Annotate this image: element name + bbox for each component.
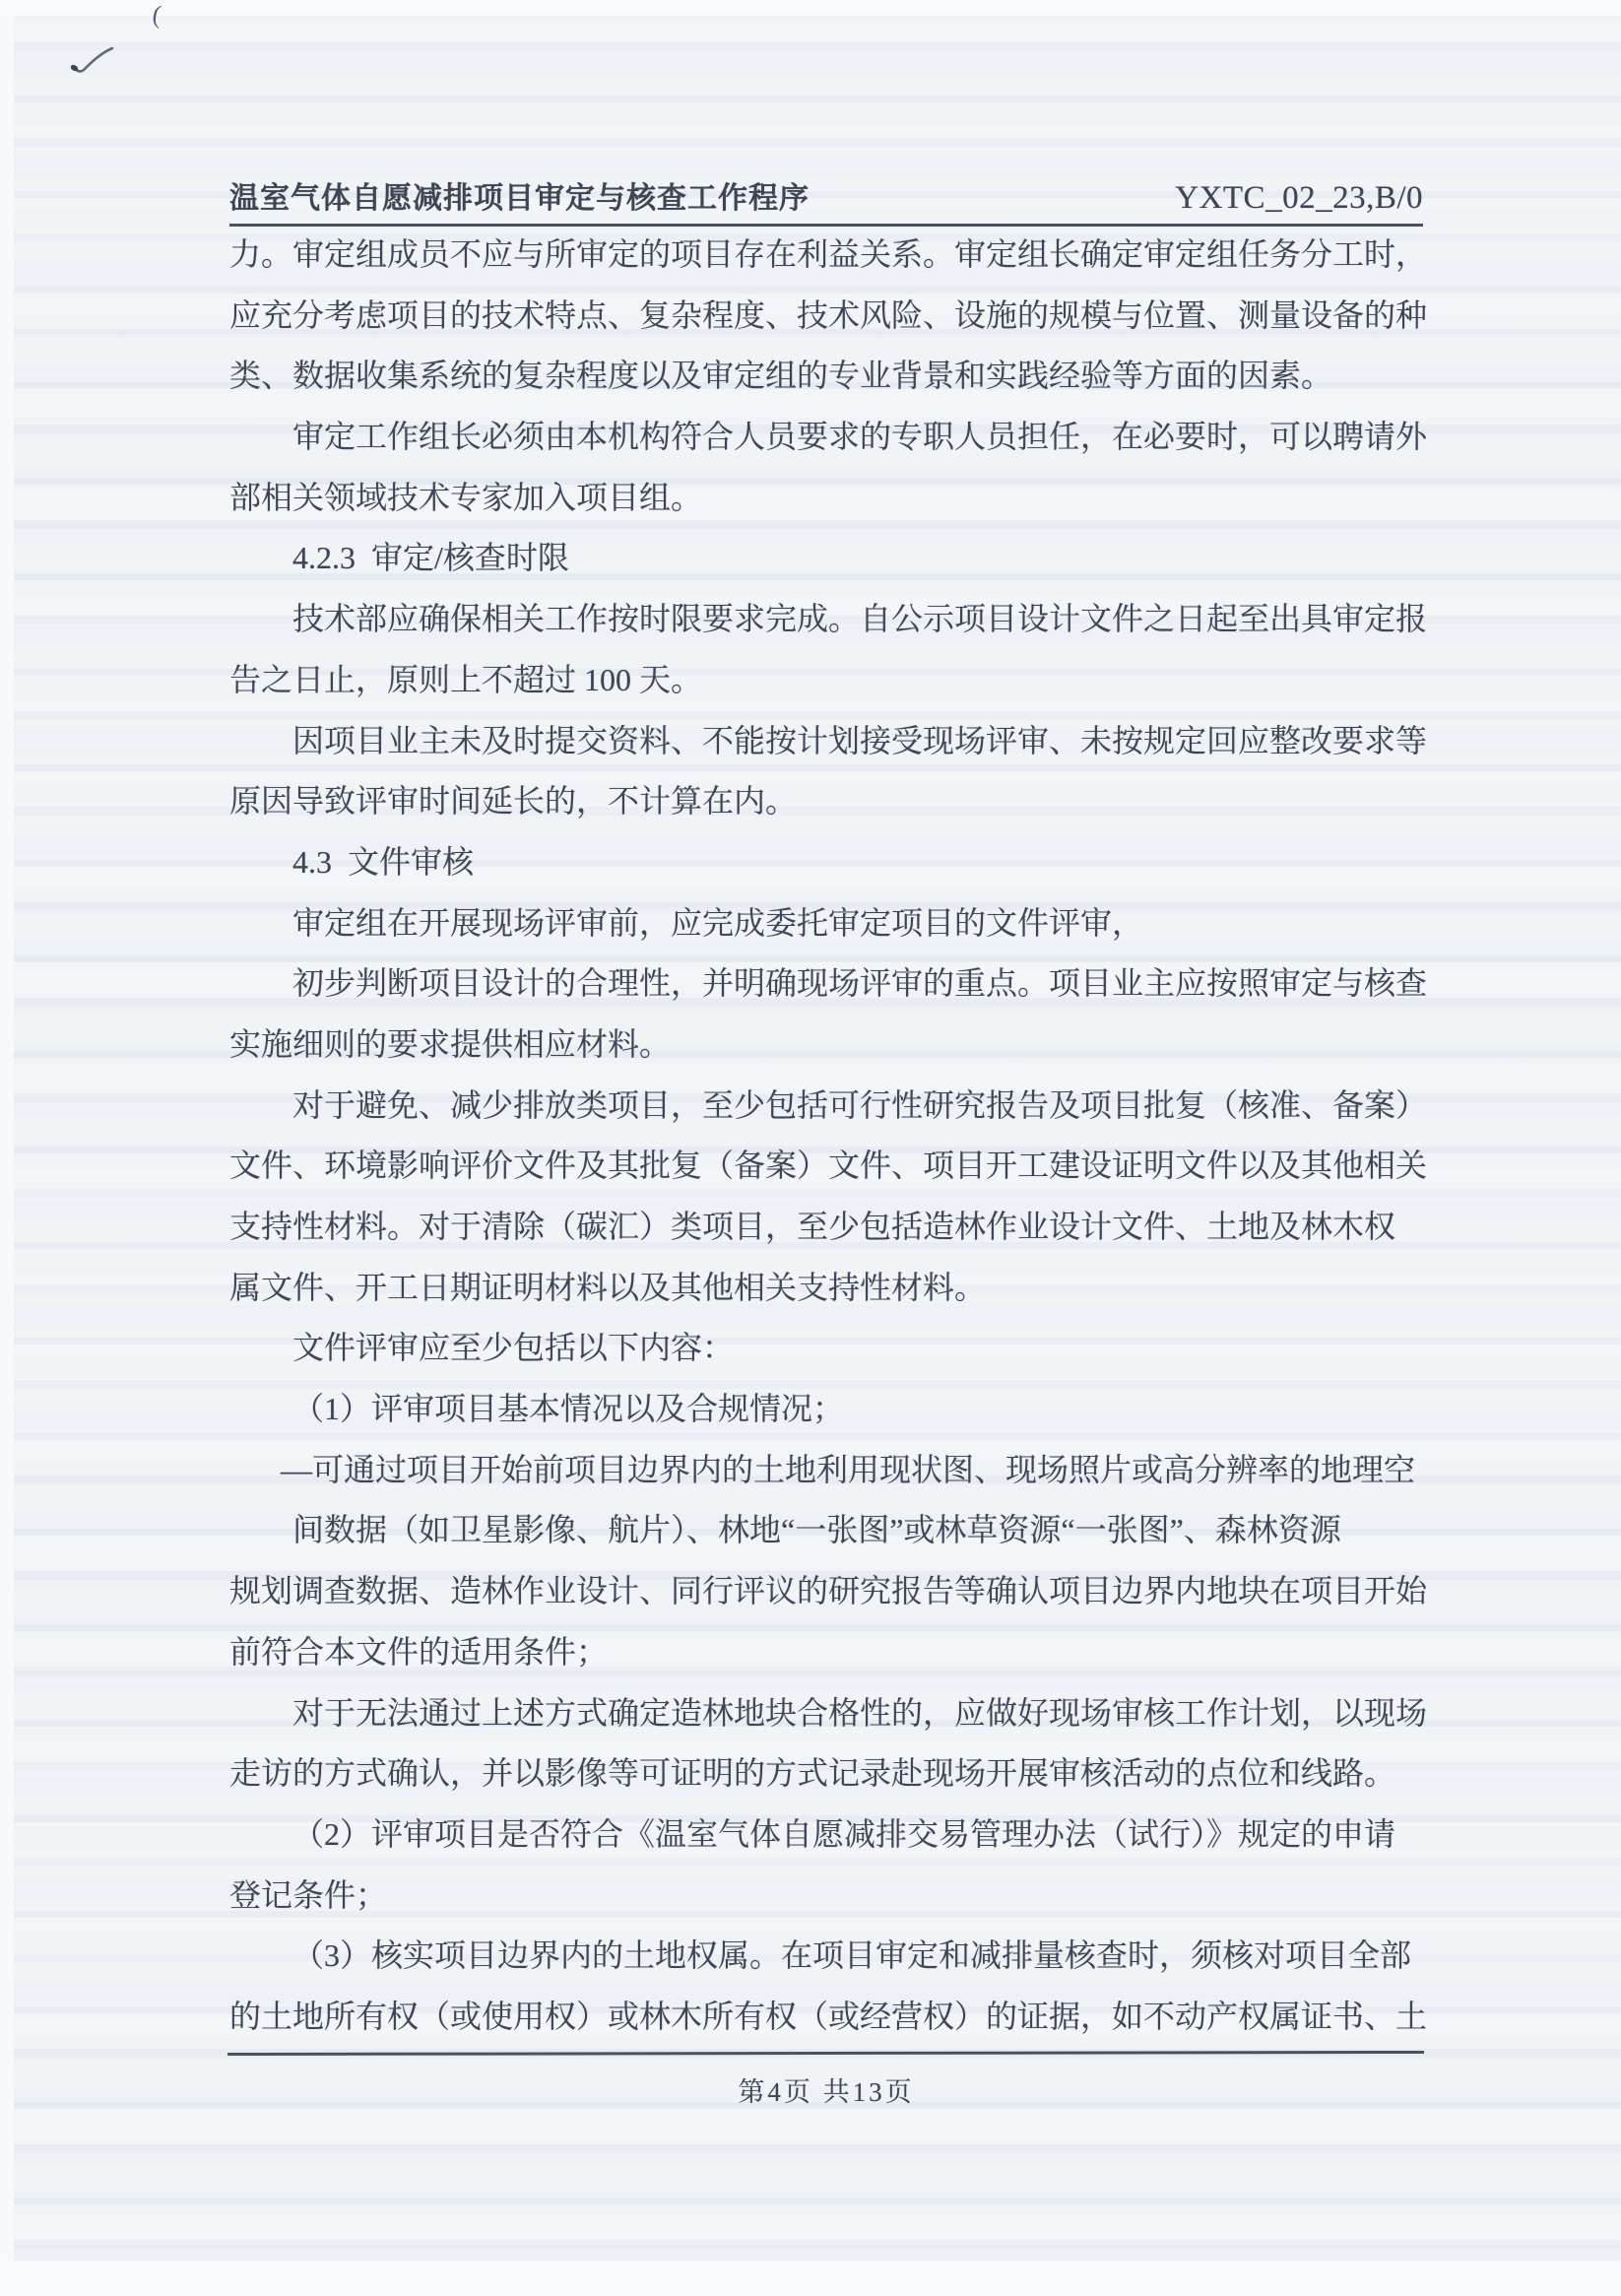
text-line: 告之日止，原则上不超过 100 天。: [229, 650, 1427, 711]
document-body: 力。审定组成员不应与所审定的项目存在利益关系。审定组长确定审定组任务分工时，应充…: [229, 225, 1427, 2048]
text-line: 对于避免、减少排放类项目，至少包括可行性研究报告及项目批复（核准、备案）: [229, 1076, 1427, 1137]
text-line: 支持性材料。对于清除（碳汇）类项目，至少包括造林作业设计文件、土地及林木权: [229, 1197, 1427, 1258]
text-line: 文件评审应至少包括以下内容：: [229, 1318, 1427, 1379]
footer-divider: [227, 2051, 1424, 2056]
page-footer: 第4页 共13页: [229, 2070, 1423, 2109]
text-line: 力。审定组成员不应与所审定的项目存在利益关系。审定组长确定审定组任务分工时，: [229, 225, 1427, 286]
pen-checkmark: [69, 45, 116, 83]
text-line: 审定工作组长必须由本机构符合人员要求的专职人员担任，在必要时，可以聘请外: [229, 407, 1427, 468]
text-line: 类、数据收集系统的复杂程度以及审定组的专业背景和实践经验等方面的因素。: [229, 346, 1427, 407]
text-line: 4.2.3 审定/核查时限: [229, 528, 1427, 589]
page-number: 第4页 共13页: [738, 2077, 914, 2107]
text-line: 规划调查数据、造林作业设计、同行评议的研究报告等确认项目边界内地块在项目开始: [229, 1561, 1427, 1622]
text-line: 前符合本文件的适用条件；: [229, 1622, 1427, 1683]
stray-pen-mark: (: [151, 0, 163, 30]
text-line: 应充分考虑项目的技术特点、复杂程度、技术风险、设施的规模与位置、测量设备的种: [229, 286, 1427, 347]
text-line: （3）核实项目边界内的土地权属。在项目审定和减排量核查时，须核对项目全部: [229, 1926, 1427, 1987]
text-line: 登记条件；: [229, 1866, 1427, 1927]
text-line: （2）评审项目是否符合《温室气体自愿减排交易管理办法（试行）》规定的申请: [229, 1804, 1427, 1866]
text-line: 部相关领域技术专家加入项目组。: [229, 468, 1427, 529]
text-line: 初步判断项目设计的合理性，并明确现场评审的重点。项目业主应按照审定与核查: [229, 953, 1427, 1015]
text-line: （1）评审项目基本情况以及合规情况；: [229, 1379, 1427, 1440]
text-line: 实施细则的要求提供相应材料。: [229, 1015, 1427, 1076]
text-line: —可通过项目开始前项目边界内的土地利用现状图、现场照片或高分辨率的地理空: [229, 1440, 1427, 1501]
text-line: 间数据（如卫星影像、航片）、林地“一张图”或林草资源“一张图”、森林资源: [229, 1500, 1427, 1561]
text-line: 4.3 文件审核: [229, 832, 1427, 893]
text-line: 技术部应确保相关工作按时限要求完成。自公示项目设计文件之日起至出具审定报: [229, 589, 1427, 650]
text-line: 属文件、开工日期证明材料以及其他相关支持性材料。: [229, 1258, 1427, 1319]
document-title: 温室气体自愿减排项目审定与核查工作程序: [229, 173, 810, 217]
text-line: 的土地所有权（或使用权）或林木所有权（或经营权）的证据，如不动产权属证书、土: [229, 1987, 1427, 2048]
document-number: YXTC_02_23,B/0: [1175, 180, 1423, 217]
text-line: 对于无法通过上述方式确定造林地块合格性的，应做好现场审核工作计划，以现场: [229, 1683, 1427, 1744]
text-line: 文件、环境影响评价文件及其批复（备案）文件、项目开工建设证明文件以及其他相关: [229, 1136, 1427, 1197]
text-line: 审定组在开展现场评审前，应完成委托审定项目的文件评审，: [229, 893, 1427, 954]
text-line: 因项目业主未及时提交资料、不能按计划接受现场评审、未按规定回应整改要求等: [229, 711, 1427, 772]
page-header: 温室气体自愿减排项目审定与核查工作程序 YXTC_02_23,B/0: [229, 173, 1423, 227]
text-line: 原因导致评审时间延长的，不计算在内。: [229, 771, 1427, 832]
text-line: 走访的方式确认，并以影像等可证明的方式记录赴现场开展审核活动的点位和线路。: [229, 1743, 1427, 1804]
scanned-document-page: ( 温室气体自愿减排项目审定与核查工作程序 YXTC_02_23,B/0 力。审…: [0, 0, 1621, 2296]
